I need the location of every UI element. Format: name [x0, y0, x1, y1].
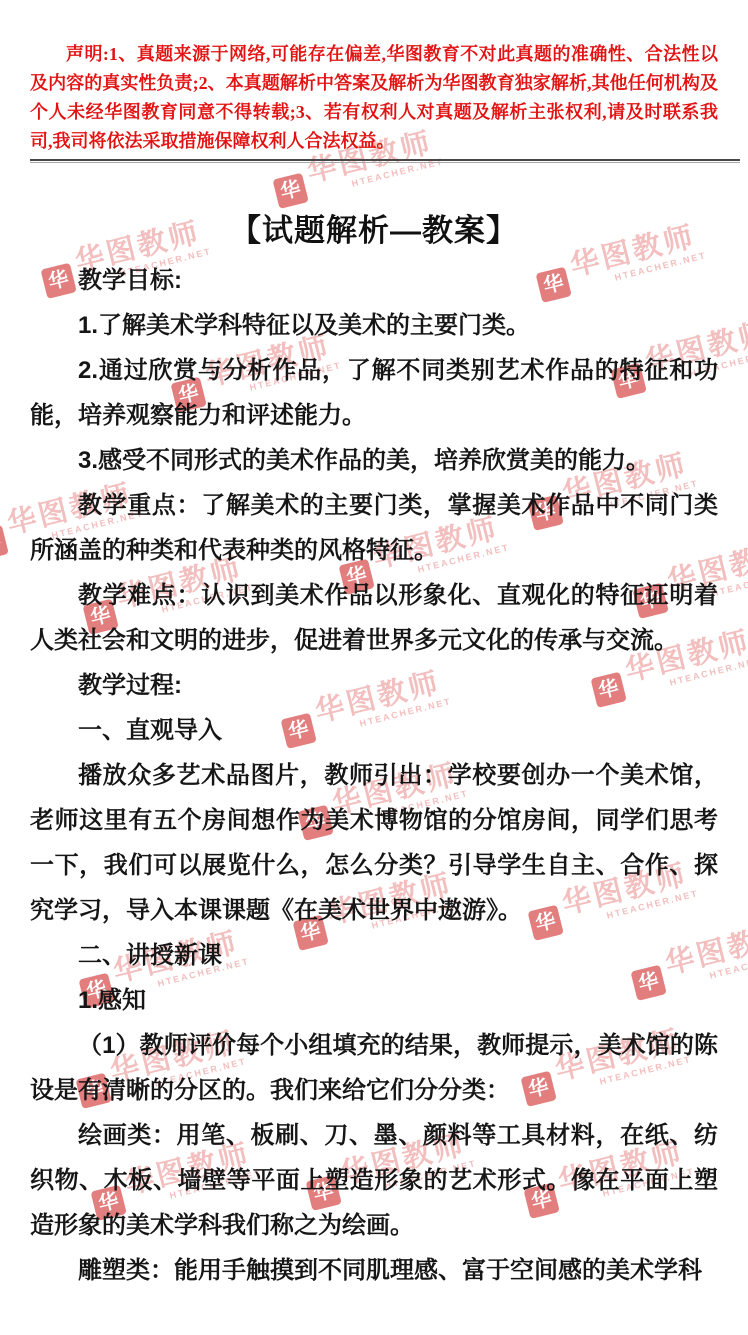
- teaching-difficulty: 教学难点：认识到美术作品以形象化、直观化的特征证明着人类社会和文明的进步，促进着…: [30, 573, 718, 663]
- objective-3: 3.感受不同形式的美术作品的美，培养欣赏美的能力。: [30, 438, 718, 483]
- page-title: 【试题解析—教案】: [30, 209, 718, 252]
- separator-light-line: [30, 162, 740, 163]
- section-1-content: 播放众多艺术品图片，教师引出：学校要创办一个美术馆，老师这里有五个房间想作为美术…: [30, 753, 718, 933]
- teaching-process-heading: 教学过程:: [30, 663, 718, 708]
- step-perception-heading: 1.感知: [30, 978, 718, 1023]
- disclaimer-paragraph: 声明:1、真题来源于网络,可能存在偏差,华图教育不对此真题的准确性、合法性以及内…: [30, 40, 718, 156]
- teaching-objectives-heading: 教学目标:: [30, 258, 718, 303]
- objective-1: 1.了解美术学科特征以及美术的主要门类。: [30, 303, 718, 348]
- sculpture-category: 雕塑类：能用手触摸到不同肌理感、富于空间感的美术学科: [30, 1248, 718, 1293]
- objective-2: 2.通过欣赏与分析作品，了解不同类别艺术作品的特征和功能，培养观察能力和评述能力…: [30, 348, 718, 438]
- disclaimer-label: 声明:: [66, 44, 109, 64]
- perception-item-1: （1）教师评价每个小组填充的结果，教师提示，美术馆的陈设是有清晰的分区的。我们来…: [30, 1023, 718, 1113]
- header-separator: [30, 159, 740, 163]
- teaching-focus: 教学重点：了解美术的主要门类，掌握美术作品中不同门类所涵盖的种类和代表种类的风格…: [30, 483, 718, 573]
- painting-category: 绘画类：用笔、板刷、刀、墨、颜料等工具材料，在纸、纺织物、木板、墙壁等平面上塑造…: [30, 1113, 718, 1248]
- separator-dark-line: [30, 159, 740, 161]
- document-content: 声明:1、真题来源于网络,可能存在偏差,华图教育不对此真题的准确性、合法性以及内…: [0, 40, 748, 1293]
- section-1-heading: 一、直观导入: [30, 708, 718, 753]
- section-2-heading: 二、讲授新课: [30, 933, 718, 978]
- document-page: 华华图教师HTEACHER.NET华华图教师HTEACHER.NET华华图教师H…: [0, 0, 748, 1335]
- disclaimer-text: 1、真题来源于网络,可能存在偏差,华图教育不对此真题的准确性、合法性以及内容的真…: [30, 44, 718, 151]
